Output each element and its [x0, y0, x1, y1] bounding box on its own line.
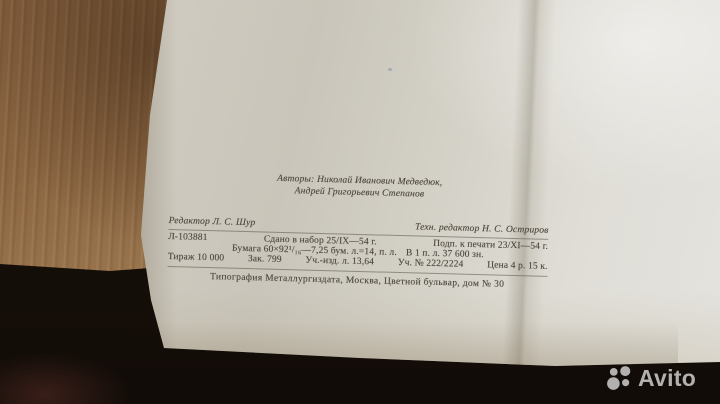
price: Цена 4 р. 15 к. [487, 261, 548, 273]
order-number: Зак. 799 [248, 254, 282, 265]
account-number: Уч. № 222/2224 [398, 258, 464, 270]
authors-lines: Авторы: Николай Иванович Медведюк, Андре… [169, 171, 549, 204]
publisher-sheets: Уч.-изд. л. 13,64 [305, 256, 374, 268]
colophon-text-block: Авторы: Николай Иванович Медведюк, Андре… [167, 171, 550, 291]
print-run: Тираж 10 000 [168, 252, 225, 264]
ink-speck [388, 68, 392, 71]
avito-logo-icon [606, 365, 633, 392]
avito-watermark: Avito [606, 357, 696, 399]
order-code: Л-103881 [168, 232, 208, 243]
editor-name: Редактор Л. С. Шур [169, 216, 256, 228]
avito-brand-text: Avito [638, 367, 696, 390]
book-colophon-photo: Авторы: Николай Иванович Медведюк, Андре… [0, 0, 720, 404]
tech-editor-name: Техн. редактор Н. С. Остриров [415, 222, 549, 235]
